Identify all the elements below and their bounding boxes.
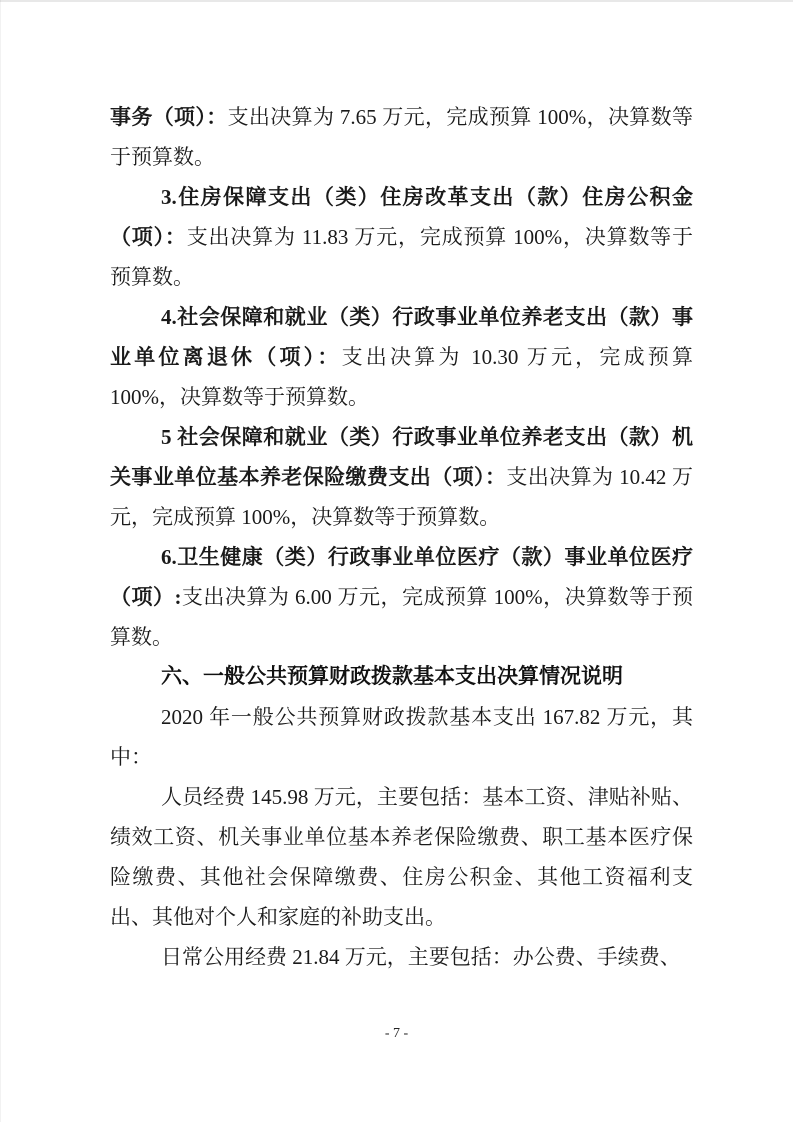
paragraph-item3: 3.住房保障支出（类）住房改革支出（款）住房公积金（项）：支出决算为 11.83…	[110, 177, 693, 297]
paragraph-item4: 4.社会保障和就业（类）行政事业单位养老支出（款）事业单位离退休（项）：支出决算…	[110, 297, 693, 417]
paragraph-section6-total: 2020 年一般公共预算财政拨款基本支出 167.82 万元，其中：	[110, 697, 693, 777]
paragraph-item5: 5 社会保障和就业（类）行政事业单位养老支出（款）机关事业单位基本养老保险缴费支…	[110, 417, 693, 537]
paragraph-personnel-expense: 人员经费 145.98 万元，主要包括：基本工资、津贴补贴、绩效工资、机关事业单…	[110, 777, 693, 937]
item6-body: 支出决算为 6.00 万元，完成预算 100%，决算数等于预算数。	[110, 585, 693, 649]
item2-label: 事务（项）：	[110, 105, 228, 129]
document-content: 事务（项）：支出决算为 7.65 万元，完成预算 100%，决算数等于预算数。 …	[110, 97, 693, 977]
section6-heading: 六、一般公共预算财政拨款基本支出决算情况说明	[110, 657, 693, 697]
item3-body: 支出决算为 11.83 万元，完成预算 100%，决算数等于预算数。	[110, 225, 693, 289]
page-number: - 7 -	[0, 1021, 793, 1047]
paragraph-daily-expense: 日常公用经费 21.84 万元，主要包括：办公费、手续费、	[110, 937, 693, 977]
paragraph-item2-continuation: 事务（项）：支出决算为 7.65 万元，完成预算 100%，决算数等于预算数。	[110, 97, 693, 177]
document-page: 事务（项）：支出决算为 7.65 万元，完成预算 100%，决算数等于预算数。 …	[0, 0, 793, 1122]
paragraph-item6: 6.卫生健康（类）行政事业单位医疗（款）事业单位医疗（项）:支出决算为 6.00…	[110, 537, 693, 657]
